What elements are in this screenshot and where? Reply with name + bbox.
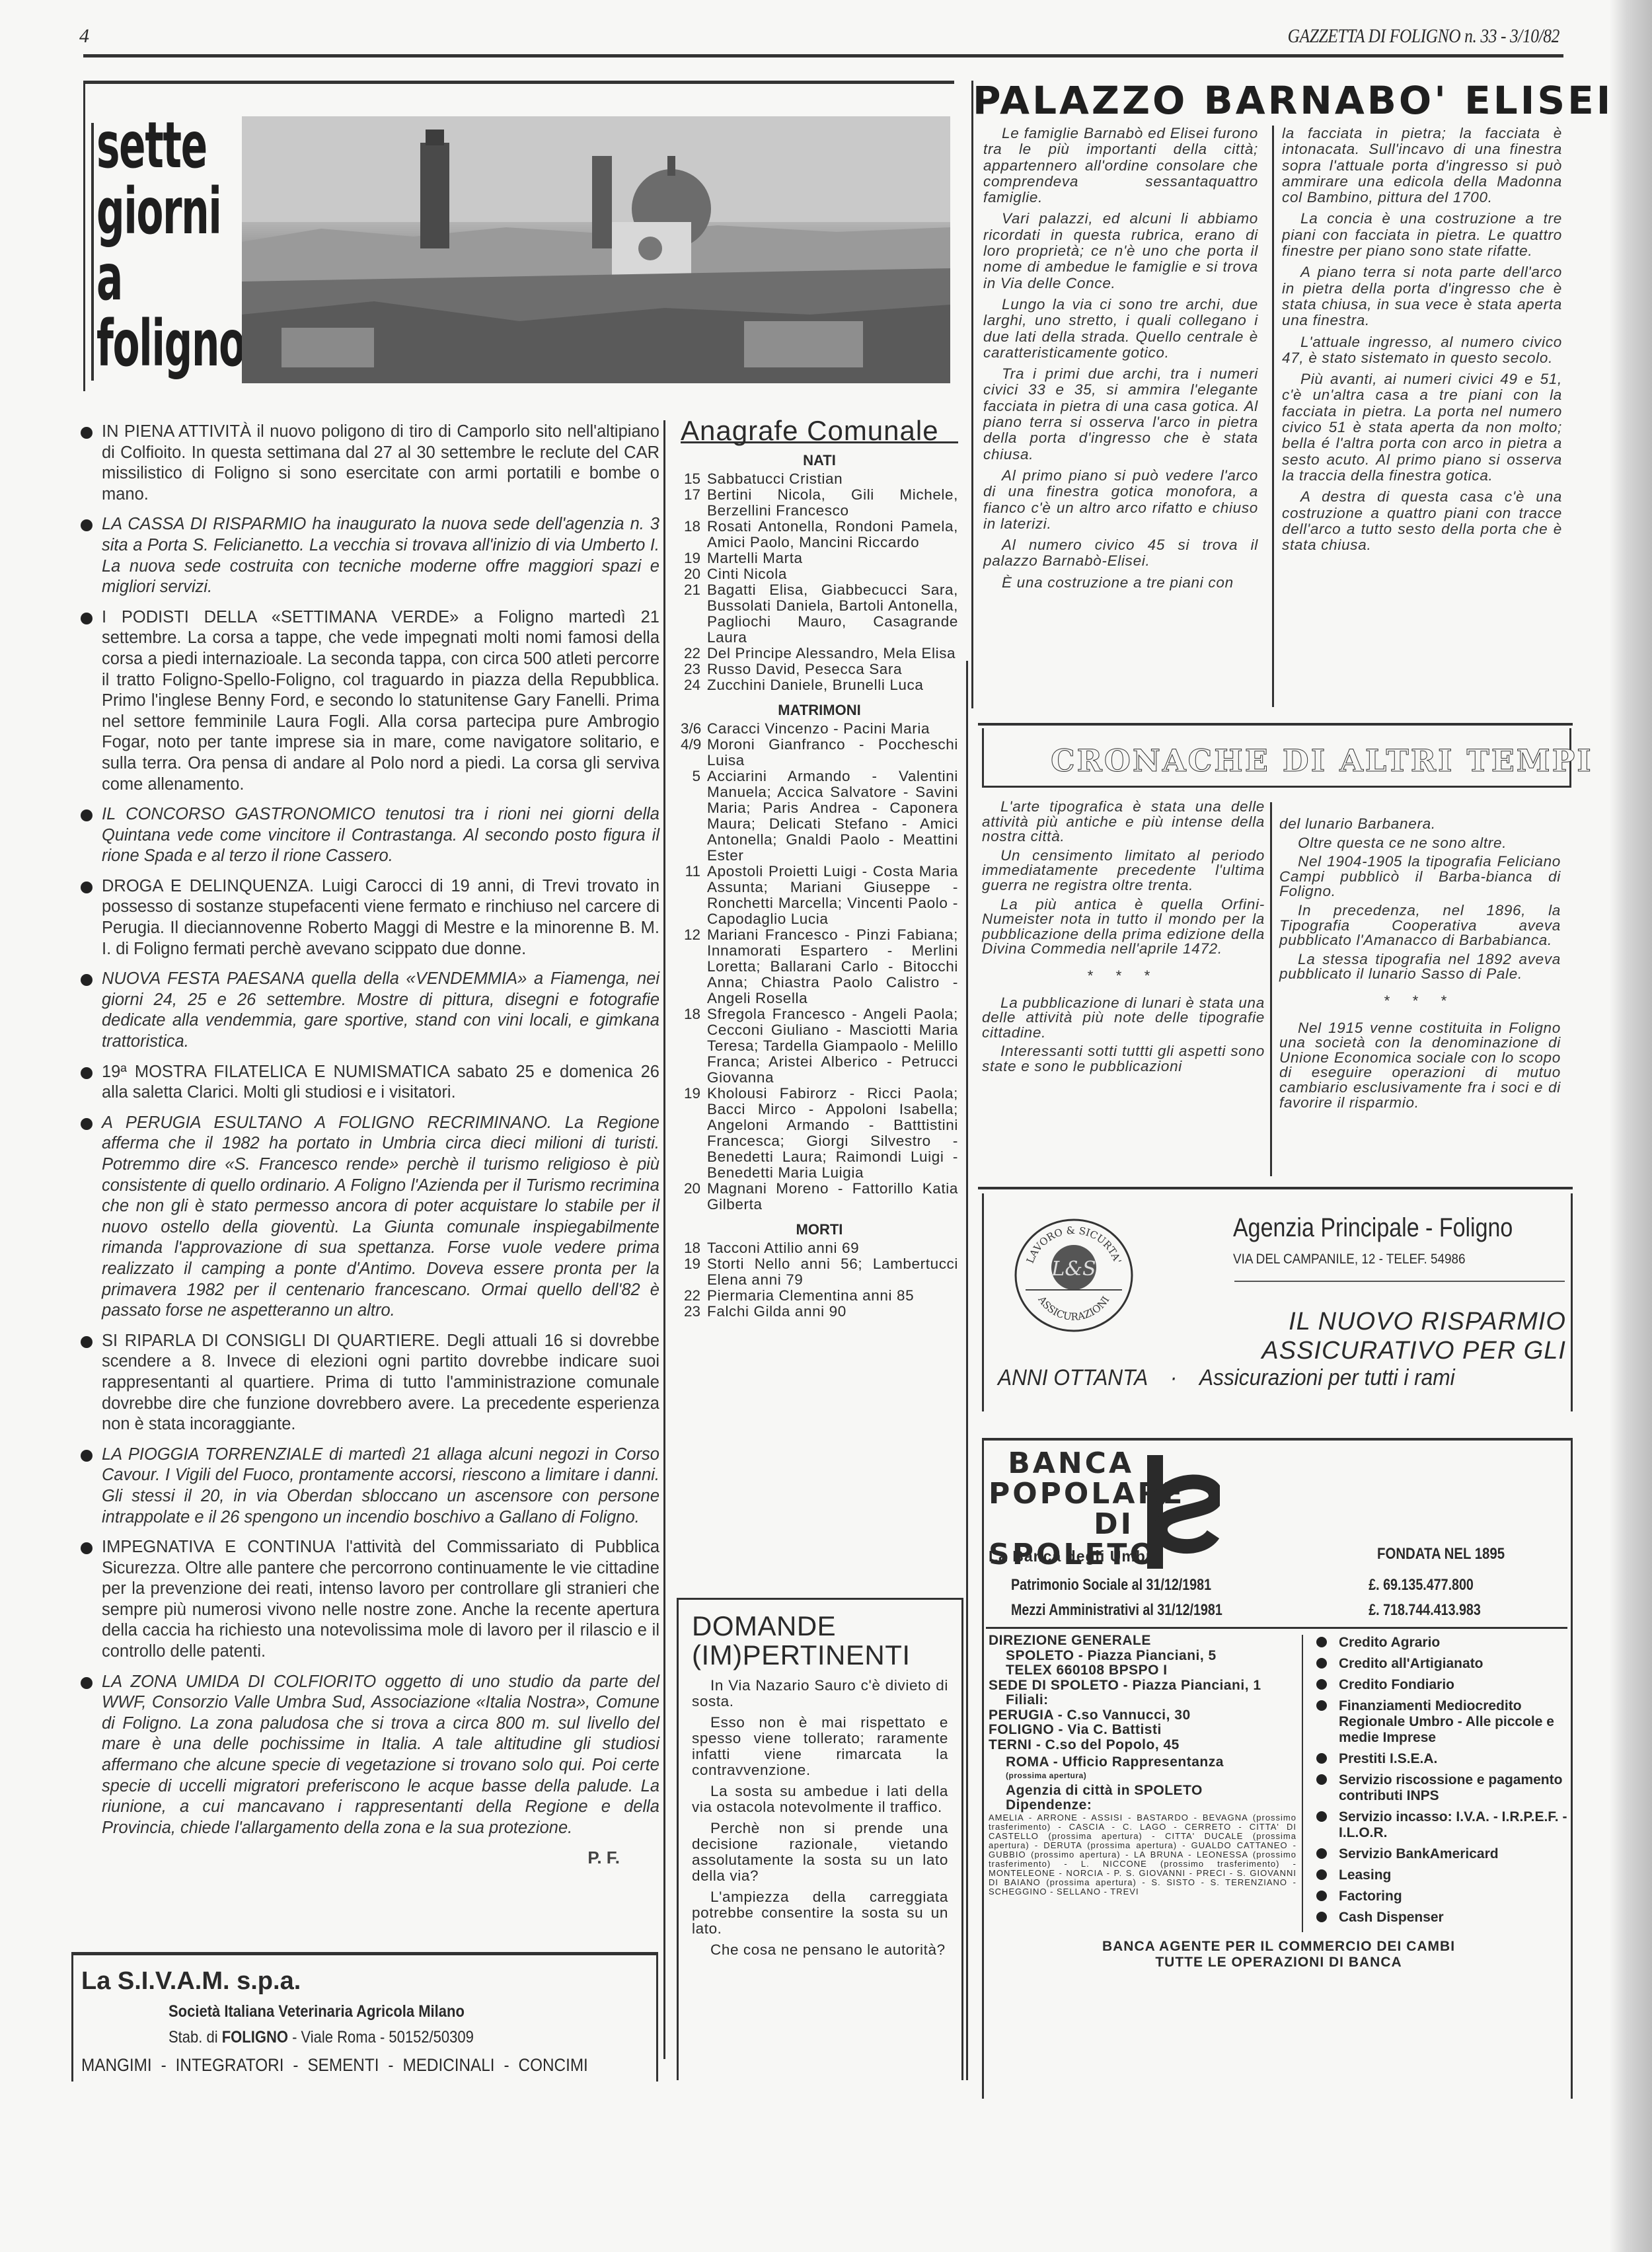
service-item: Servizio incasso: I.V.A. - I.R.P.E.F. - … bbox=[1311, 1809, 1573, 1841]
entry-day: 24 bbox=[681, 677, 707, 693]
palazzo-paragraph: Lungo la via ci sono tre archi, due larg… bbox=[983, 297, 1258, 361]
news-item: SI RIPARLA DI CONSIGLI DI QUARTIERE. Deg… bbox=[78, 1331, 659, 1435]
news-item: NUOVA FESTA PAESANA quella della «VENDEM… bbox=[78, 969, 659, 1052]
cronache-column-2: del lunario Barbanera. Oltre questa ce n… bbox=[1279, 817, 1561, 1114]
direzione-address: SPOLETO - Piazza Pianciani, 5 bbox=[989, 1649, 1296, 1664]
telex: TELEX 660108 BPSPO I bbox=[989, 1663, 1296, 1678]
entry-day: 23 bbox=[681, 1304, 707, 1320]
roma-office: ROMA - Ufficio Rappresentanza bbox=[989, 1755, 1296, 1770]
slogan-line: IL NUOVO RISPARMIO bbox=[1176, 1307, 1566, 1336]
news-text: LA ZONA UMIDA DI COLFIORITO oggetto di u… bbox=[102, 1672, 659, 1837]
financial-row: Mezzi Amministrativi al 31/12/1981£. 718… bbox=[1011, 1598, 1481, 1623]
page-number: 4 bbox=[79, 25, 89, 48]
entry-day: 19 bbox=[681, 1086, 707, 1181]
title-line: giorni bbox=[96, 178, 186, 244]
service-label: Servizio incasso: I.V.A. - I.R.P.E.F. - … bbox=[1339, 1809, 1567, 1840]
bullet-icon bbox=[81, 974, 93, 986]
footer-line: BANCA AGENTE PER IL COMMERCIO DEI CAMBI bbox=[991, 1939, 1566, 1955]
news-item: IN PIENA ATTIVITÀ il nuovo poligono di t… bbox=[78, 422, 659, 505]
entry-names: Kholousi Fabirorz - Ricci Paola; Bacci M… bbox=[707, 1086, 958, 1181]
matrimoni-entry: 4/9Moroni Gianfranco - Poccheschi Luisa bbox=[681, 737, 958, 769]
service-label: Leasing bbox=[1339, 1867, 1391, 1883]
cronache-paragraph: La stessa tipografia nel 1892 aveva pubb… bbox=[1279, 952, 1561, 982]
entry-day: 5 bbox=[681, 769, 707, 864]
foligno-panorama-photo bbox=[242, 116, 950, 383]
bps-monogram-icon bbox=[1147, 1455, 1220, 1569]
bullet-icon bbox=[1316, 1891, 1327, 1901]
entry-names: Acciarini Armando - Valentini Manuela; A… bbox=[707, 769, 958, 864]
bank-financials: Patrimonio Sociale al 31/12/1981£. 69.13… bbox=[1011, 1573, 1481, 1623]
entry-day: 18 bbox=[681, 1240, 707, 1256]
page-binding-shadow bbox=[1610, 0, 1652, 2252]
bullet-icon bbox=[1316, 1658, 1327, 1669]
entry-day: 22 bbox=[681, 646, 707, 661]
palazzo-paragraph: Al numero civico 45 si trova il palazzo … bbox=[983, 537, 1258, 570]
svg-text:ASSICURAZIONI: ASSICURAZIONI bbox=[1035, 1293, 1112, 1322]
news-text: I PODISTI DELLA «SETTIMANA VERDE» a Foli… bbox=[102, 608, 659, 794]
sede-address: SEDE DI SPOLETO - Piazza Pianciani, 1 bbox=[989, 1678, 1296, 1694]
nati-entry: 23Russo David, Pesecca Sara bbox=[681, 661, 958, 677]
svg-text:L&S: L&S bbox=[1051, 1257, 1096, 1281]
news-column: IN PIENA ATTIVITÀ il nuovo poligono di t… bbox=[78, 422, 659, 1868]
bank-name-line: POPOLARE bbox=[989, 1479, 1134, 1509]
morti-entry: 22Piermaria Clementina anni 85 bbox=[681, 1288, 958, 1304]
anagrafe-comunale: Anagrafe Comunale NATI 15Sabbatucci Cris… bbox=[681, 423, 958, 1320]
news-item: LA PIOGGIA TORRENZIALE di martedì 21 all… bbox=[78, 1445, 659, 1528]
entry-names: Magnani Moreno - Fattorillo Katia Gilber… bbox=[707, 1181, 958, 1213]
nati-entry: 22Del Principe Alessandro, Mela Elisa bbox=[681, 646, 958, 661]
lavoro-sicurta-logo: L&S LAVORO & SICURTA' ASSICURAZIONI bbox=[1012, 1216, 1135, 1335]
cronache-paragraph: Nel 1904-1905 la tipografia Feliciano Ca… bbox=[1279, 854, 1561, 899]
news-item: IL CONCORSO GASTRONOMICO tenutosi tra i … bbox=[78, 804, 659, 867]
cronache-paragraph: La più antica è quella Orfini-Numeister … bbox=[982, 897, 1265, 957]
nati-entry: 19Martelli Marta bbox=[681, 550, 958, 566]
bullet-icon bbox=[81, 519, 93, 531]
sivam-products: MANGIMI - INTEGRATORI - SEMENTI - MEDICI… bbox=[81, 2055, 591, 2076]
insurance-bottom-line: ANNI OTTANTA · Assicurazioni per tutti i… bbox=[998, 1365, 1526, 1391]
bank-services: Credito Agrario Credito all'Artigianato … bbox=[1311, 1635, 1573, 1931]
news-item: LA ZONA UMIDA DI COLFIORITO oggetto di u… bbox=[78, 1672, 659, 1839]
news-item: 19ª MOSTRA FILATELICA E NUMISMATICA saba… bbox=[78, 1062, 659, 1104]
news-text: IMPEGNATIVA E CONTINUA l'attività del Co… bbox=[102, 1538, 659, 1661]
palazzo-paragraph: È una costruzione a tre piani con bbox=[983, 575, 1258, 591]
dipendenze-label: Dipendenze: bbox=[989, 1798, 1296, 1813]
bank-name-line: BANCA bbox=[989, 1448, 1134, 1479]
entry-names: Martelli Marta bbox=[707, 550, 958, 566]
nati-entry: 20Cinti Nicola bbox=[681, 566, 958, 582]
service-item: Servizio BankAmericard bbox=[1311, 1846, 1573, 1862]
cronache-paragraph: Un censimento limitato al periodo immedi… bbox=[982, 848, 1265, 893]
matrimoni-entry: 19Kholousi Fabirorz - Ricci Paola; Bacci… bbox=[681, 1086, 958, 1181]
bullet-icon bbox=[81, 1336, 93, 1348]
bank-footer: BANCA AGENTE PER IL COMMERCIO DEI CAMBI … bbox=[991, 1939, 1566, 1971]
footer-line: TUTTE LE OPERAZIONI DI BANCA bbox=[991, 1955, 1566, 1971]
bullet-icon bbox=[1316, 1637, 1327, 1647]
financial-label: Patrimonio Sociale al 31/12/1981 bbox=[1011, 1573, 1369, 1598]
news-text: IL CONCORSO GASTRONOMICO tenutosi tra i … bbox=[102, 805, 659, 865]
palazzo-paragraph: Al primo piano si può vedere l'arco di u… bbox=[983, 468, 1258, 532]
financial-row: Patrimonio Sociale al 31/12/1981£. 69.13… bbox=[1011, 1573, 1481, 1598]
news-item: LA CASSA DI RISPARMIO ha inaugurato la n… bbox=[78, 514, 659, 597]
service-item: Finanziamenti Mediocredito Regionale Umb… bbox=[1311, 1698, 1573, 1746]
filiali-label: Filiali: bbox=[989, 1693, 1296, 1708]
ad-divider bbox=[986, 1627, 1567, 1629]
news-text: LA PIOGGIA TORRENZIALE di martedì 21 all… bbox=[102, 1445, 659, 1526]
entry-day: 17 bbox=[681, 487, 707, 519]
entry-day: 11 bbox=[681, 864, 707, 927]
entry-names: Del Principe Alessandro, Mela Elisa bbox=[707, 646, 958, 661]
nati-entry: 18Rosati Antonella, Rondoni Pamela, Amic… bbox=[681, 519, 958, 550]
morti-entry: 18Tacconi Attilio anni 69 bbox=[681, 1240, 958, 1256]
agenzia-citta: Agenzia di città in SPOLETO bbox=[989, 1783, 1296, 1799]
entry-names: Mariani Francesco - Pinzi Fabiana; Innam… bbox=[707, 927, 958, 1006]
separator-dot: · bbox=[1170, 1365, 1178, 1390]
service-label: Credito all'Artigianato bbox=[1339, 1656, 1483, 1671]
service-item: Leasing bbox=[1311, 1867, 1573, 1883]
entry-day: 15 bbox=[681, 471, 707, 487]
news-item: I PODISTI DELLA «SETTIMANA VERDE» a Foli… bbox=[78, 607, 659, 795]
panorama-illustration bbox=[242, 116, 950, 383]
sivam-advertisement: La S.I.V.A.M. s.p.a. Società Italiana Ve… bbox=[71, 1952, 658, 2082]
entry-day: 21 bbox=[681, 582, 707, 646]
bullet-icon bbox=[1316, 1912, 1327, 1922]
entry-day: 22 bbox=[681, 1288, 707, 1304]
bullet-icon bbox=[1316, 1869, 1327, 1880]
insurance-tagline: Assicurazioni per tutti i rami bbox=[1199, 1365, 1455, 1390]
cronache-paragraph: Oltre questa ce ne sono altre. bbox=[1279, 836, 1561, 851]
bank-tagline: La Banca degli Umbri bbox=[989, 1548, 1157, 1565]
cronache-paragraph: Interessanti sotti tuttti gli aspetti so… bbox=[982, 1044, 1265, 1074]
bullet-icon bbox=[81, 882, 93, 893]
bank-founded: FONDATA NEL 1895 bbox=[1377, 1545, 1505, 1563]
service-item: Credito all'Artigianato bbox=[1311, 1656, 1573, 1672]
service-item: Credito Fondiario bbox=[1311, 1677, 1573, 1693]
section-divider bbox=[978, 723, 1573, 726]
entry-names: Russo David, Pesecca Sara bbox=[707, 661, 958, 677]
palazzo-column-2: la facciata in pietra; la facciata è int… bbox=[1282, 126, 1562, 558]
news-text: DROGA E DELINQUENZA. Luigi Carocci di 19… bbox=[102, 877, 659, 958]
entry-names: Zucchini Daniele, Brunelli Luca bbox=[707, 677, 958, 693]
palazzo-paragraph: L'attuale ingresso, al numero civico 47,… bbox=[1282, 334, 1562, 367]
palazzo-column-1: Le famiglie Barnabò ed Elisei furono tra… bbox=[983, 126, 1258, 596]
service-label: Prestiti I.S.E.A. bbox=[1339, 1751, 1437, 1766]
entry-names: Caracci Vincenzo - Pacini Maria bbox=[707, 721, 958, 737]
section-separator: * * * bbox=[1279, 994, 1561, 1009]
ad-divider bbox=[1234, 1281, 1565, 1282]
column-divider bbox=[1302, 1635, 1303, 1932]
cronache-paragraph: In precedenza, nel 1896, la Tipografia C… bbox=[1279, 903, 1561, 948]
entry-day: 18 bbox=[681, 1006, 707, 1086]
title-line: sette bbox=[96, 112, 186, 178]
financial-value: £. 718.744.413.983 bbox=[1369, 1598, 1481, 1623]
bullet-icon bbox=[1316, 1700, 1327, 1711]
header-rule bbox=[83, 54, 1563, 57]
author-signature: P. F. bbox=[78, 1848, 659, 1868]
sivam-name: La S.I.V.A.M. s.p.a. bbox=[81, 1967, 648, 1996]
domande-paragraph: La sosta su ambedue i lati della via ost… bbox=[692, 1783, 948, 1815]
insurance-slogan: IL NUOVO RISPARMIO ASSICURATIVO PER GLI bbox=[1176, 1307, 1566, 1365]
service-label: Finanziamenti Mediocredito Regionale Umb… bbox=[1339, 1698, 1554, 1745]
bullet-icon bbox=[81, 1450, 93, 1462]
entry-day: 20 bbox=[681, 1181, 707, 1213]
entry-names: Moroni Gianfranco - Poccheschi Luisa bbox=[707, 737, 958, 769]
palazzo-paragraph: A piano terra si nota parte dell'arco in… bbox=[1282, 264, 1562, 328]
palazzo-paragraph: Più avanti, ai numeri civici 49 e 51, c'… bbox=[1282, 371, 1562, 484]
news-item: A PERUGIA ESULTANO A FOLIGNO RECRIMINANO… bbox=[78, 1113, 659, 1322]
nati-entry: 24Zucchini Daniele, Brunelli Luca bbox=[681, 677, 958, 693]
bullet-icon bbox=[81, 1677, 93, 1689]
agency-name: Agenzia Principale - Foligno bbox=[1233, 1213, 1513, 1243]
matrimoni-entry: 5Acciarini Armando - Valentini Manuela; … bbox=[681, 769, 958, 864]
title-line: (IM)PERTINENTI bbox=[692, 1641, 948, 1670]
matrimoni-entry: 18Sfregola Francesco - Angeli Paola; Cec… bbox=[681, 1006, 958, 1086]
domande-paragraph: L'ampiezza della carreggiata potrebbe co… bbox=[692, 1889, 948, 1937]
sette-title-rule bbox=[91, 123, 94, 381]
nati-entry: 21Bagatti Elisa, Giabbecucci Sara, Busso… bbox=[681, 582, 958, 646]
service-item: Servizio riscossione e pagamento contrib… bbox=[1311, 1772, 1573, 1804]
service-label: Credito Agrario bbox=[1339, 1635, 1440, 1650]
entry-day: 12 bbox=[681, 927, 707, 1006]
entry-names: Cinti Nicola bbox=[707, 566, 958, 582]
entry-names: Bertini Nicola, Gili Michele, Berzellini… bbox=[707, 487, 958, 519]
morti-heading: MORTI bbox=[681, 1222, 958, 1238]
entry-names: Bagatti Elisa, Giabbecucci Sara, Bussola… bbox=[707, 582, 958, 646]
financial-value: £. 69.135.477.800 bbox=[1369, 1573, 1474, 1598]
cronache-headline: CRONACHE DI ALTRI TEMPI bbox=[1051, 743, 1593, 778]
section-divider bbox=[978, 1187, 1573, 1189]
bullet-icon bbox=[81, 427, 93, 439]
bullet-icon bbox=[81, 1118, 93, 1130]
service-label: Servizio riscossione e pagamento contrib… bbox=[1339, 1772, 1562, 1803]
slogan-line: ASSICURATIVO PER GLI bbox=[1176, 1336, 1566, 1365]
news-text: LA CASSA DI RISPARMIO ha inaugurato la n… bbox=[102, 515, 659, 596]
bullet-icon bbox=[81, 809, 93, 821]
cronache-paragraph: Nel 1915 venne costituita in Foligno una… bbox=[1279, 1021, 1561, 1111]
roma-note: (prossima apertura) bbox=[989, 1770, 1296, 1781]
bullet-icon bbox=[1316, 1679, 1327, 1690]
sette-giorni-title: sette giorni a foligno bbox=[96, 112, 186, 377]
bank-logo bbox=[1147, 1455, 1220, 1569]
palazzo-headline: PALAZZO BARNABO' ELISEI bbox=[973, 78, 1613, 123]
palazzo-paragraph: La concia è una costruzione a tre piani … bbox=[1282, 211, 1562, 259]
domande-impertinenti-box: DOMANDE (IM)PERTINENTI In Via Nazario Sa… bbox=[677, 1598, 963, 2080]
service-item: Credito Agrario bbox=[1311, 1635, 1573, 1651]
dipendenze-list: AMELIA - ARRONE - ASSISI - BASTARDO - BE… bbox=[989, 1813, 1296, 1896]
entry-day: 4/9 bbox=[681, 737, 707, 769]
news-text: 19ª MOSTRA FILATELICA E NUMISMATICA saba… bbox=[102, 1063, 659, 1102]
news-text: SI RIPARLA DI CONSIGLI DI QUARTIERE. Deg… bbox=[102, 1332, 659, 1433]
insurance-seal-icon: L&S LAVORO & SICURTA' ASSICURAZIONI bbox=[1012, 1216, 1135, 1335]
entry-names: Tacconi Attilio anni 69 bbox=[707, 1240, 958, 1256]
bullet-icon bbox=[81, 1067, 93, 1079]
nati-entry: 17Bertini Nicola, Gili Michele, Berzelli… bbox=[681, 487, 958, 519]
bank-branches: DIREZIONE GENERALE SPOLETO - Piazza Pian… bbox=[989, 1633, 1296, 1896]
palazzo-paragraph: Le famiglie Barnabò ed Elisei furono tra… bbox=[983, 126, 1258, 206]
domande-paragraph: In Via Nazario Sauro c'è divieto di sost… bbox=[692, 1678, 948, 1709]
filiale: PERUGIA - C.so Vannucci, 30 bbox=[989, 1708, 1296, 1723]
palazzo-paragraph: A destra di questa casa c'è una costruzi… bbox=[1282, 489, 1562, 553]
entry-names: Rosati Antonella, Rondoni Pamela, Amici … bbox=[707, 519, 958, 550]
entry-names: Apostoli Proietti Luigi - Costa Maria As… bbox=[707, 864, 958, 927]
service-label: Servizio BankAmericard bbox=[1339, 1846, 1499, 1861]
column-divider bbox=[1270, 802, 1272, 1176]
entry-day: 18 bbox=[681, 519, 707, 550]
agency-address: VIA DEL CAMPANILE, 12 - TELEF. 54986 bbox=[1233, 1252, 1466, 1267]
section-separator: * * * bbox=[982, 969, 1265, 984]
cronache-paragraph: del lunario Barbanera. bbox=[1279, 817, 1561, 832]
title-line: DOMANDE bbox=[692, 1612, 948, 1641]
nati-heading: NATI bbox=[681, 453, 958, 469]
bullet-icon bbox=[1316, 1774, 1327, 1785]
palazzo-paragraph: Tra i primi due archi, tra i numeri civi… bbox=[983, 366, 1258, 463]
address-prefix: Stab. di bbox=[169, 2028, 218, 2046]
entry-names: Sfregola Francesco - Angeli Paola; Cecco… bbox=[707, 1006, 958, 1086]
cronache-paragraph: La pubblicazione di lunari è stata una d… bbox=[982, 996, 1265, 1041]
domande-title: DOMANDE (IM)PERTINENTI bbox=[692, 1612, 948, 1670]
column-divider bbox=[966, 661, 968, 2080]
anagrafe-title: Anagrafe Comunale bbox=[681, 423, 958, 443]
news-text: NUOVA FESTA PAESANA quella della «VENDEM… bbox=[102, 969, 659, 1051]
entry-day: 20 bbox=[681, 566, 707, 582]
morti-entry: 19Storti Nello anni 56; Lambertucci Elen… bbox=[681, 1256, 958, 1288]
entry-day: 19 bbox=[681, 1256, 707, 1288]
column-divider bbox=[663, 420, 665, 2059]
bullet-icon bbox=[81, 1542, 93, 1554]
entry-day: 19 bbox=[681, 550, 707, 566]
title-line: foligno bbox=[96, 311, 186, 377]
column-divider bbox=[1272, 126, 1274, 707]
entry-names: Storti Nello anni 56; Lambertucci Elena … bbox=[707, 1256, 958, 1288]
matrimoni-entry: 20Magnani Moreno - Fattorillo Katia Gilb… bbox=[681, 1181, 958, 1213]
service-label: Cash Dispenser bbox=[1339, 1910, 1444, 1925]
matrimoni-entry: 3/6Caracci Vincenzo - Pacini Maria bbox=[681, 721, 958, 737]
matrimoni-heading: MATRIMONI bbox=[681, 702, 958, 718]
address-city: FOLIGNO bbox=[222, 2028, 288, 2046]
news-item: DROGA E DELINQUENZA. Luigi Carocci di 19… bbox=[78, 876, 659, 959]
column-divider bbox=[971, 81, 973, 708]
service-item: Factoring bbox=[1311, 1889, 1573, 1904]
cronache-paragraph: L'arte tipografica è stata una delle att… bbox=[982, 800, 1265, 845]
palazzo-paragraph: la facciata in pietra; la facciata è int… bbox=[1282, 126, 1562, 206]
bullet-icon bbox=[1316, 1753, 1327, 1764]
filiale: FOLIGNO - Via C. Battisti bbox=[989, 1723, 1296, 1738]
title-line: a bbox=[96, 244, 186, 311]
service-label: Credito Fondiario bbox=[1339, 1677, 1454, 1692]
matrimoni-entry: 11Apostoli Proietti Luigi - Costa Maria … bbox=[681, 864, 958, 927]
bullet-icon bbox=[1316, 1848, 1327, 1859]
anni-ottanta: ANNI OTTANTA bbox=[998, 1365, 1147, 1390]
filiale: TERNI - C.so del Popolo, 45 bbox=[989, 1738, 1296, 1753]
entry-names: Piermaria Clementina anni 85 bbox=[707, 1288, 958, 1304]
entry-names: Falchi Gilda anni 90 bbox=[707, 1304, 958, 1320]
service-item: Cash Dispenser bbox=[1311, 1910, 1573, 1926]
morti-entry: 23Falchi Gilda anni 90 bbox=[681, 1304, 958, 1320]
entry-day: 3/6 bbox=[681, 721, 707, 737]
domande-paragraph: Che cosa ne pensano le autorità? bbox=[692, 1942, 948, 1958]
matrimoni-entry: 12Mariani Francesco - Pinzi Fabiana; Inn… bbox=[681, 927, 958, 1006]
address-rest: - Viale Roma - 50152/50309 bbox=[292, 2028, 474, 2046]
service-item: Prestiti I.S.E.A. bbox=[1311, 1751, 1573, 1767]
sivam-subtitle: Società Italiana Veterinaria Agricola Mi… bbox=[169, 2002, 591, 2021]
entry-day: 23 bbox=[681, 661, 707, 677]
service-label: Factoring bbox=[1339, 1889, 1402, 1904]
masthead: GAZZETTA DI FOLIGNO n. 33 - 3/10/82 bbox=[1288, 25, 1559, 48]
sivam-address: Stab. di FOLIGNO - Viale Roma - 50152/50… bbox=[169, 2028, 591, 2047]
domande-paragraph: Perchè non si prende una decisione razio… bbox=[692, 1820, 948, 1884]
cronache-column-1: L'arte tipografica è stata una delle att… bbox=[982, 800, 1265, 1078]
bullet-icon bbox=[1316, 1811, 1327, 1822]
bullet-icon bbox=[81, 613, 93, 624]
news-text: A PERUGIA ESULTANO A FOLIGNO RECRIMINANO… bbox=[102, 1113, 659, 1320]
entry-names: Sabbatucci Cristian bbox=[707, 471, 958, 487]
direzione-label: DIREZIONE GENERALE bbox=[989, 1633, 1296, 1649]
news-text: IN PIENA ATTIVITÀ il nuovo poligono di t… bbox=[102, 422, 659, 504]
palazzo-paragraph: Vari palazzi, ed alcuni li abbiamo ricor… bbox=[983, 211, 1258, 291]
financial-label: Mezzi Amministrativi al 31/12/1981 bbox=[1011, 1598, 1369, 1623]
domande-paragraph: Esso non è mai rispettato e spesso viene… bbox=[692, 1715, 948, 1778]
news-item: IMPEGNATIVA E CONTINUA l'attività del Co… bbox=[78, 1537, 659, 1663]
nati-entry: 15Sabbatucci Cristian bbox=[681, 471, 958, 487]
